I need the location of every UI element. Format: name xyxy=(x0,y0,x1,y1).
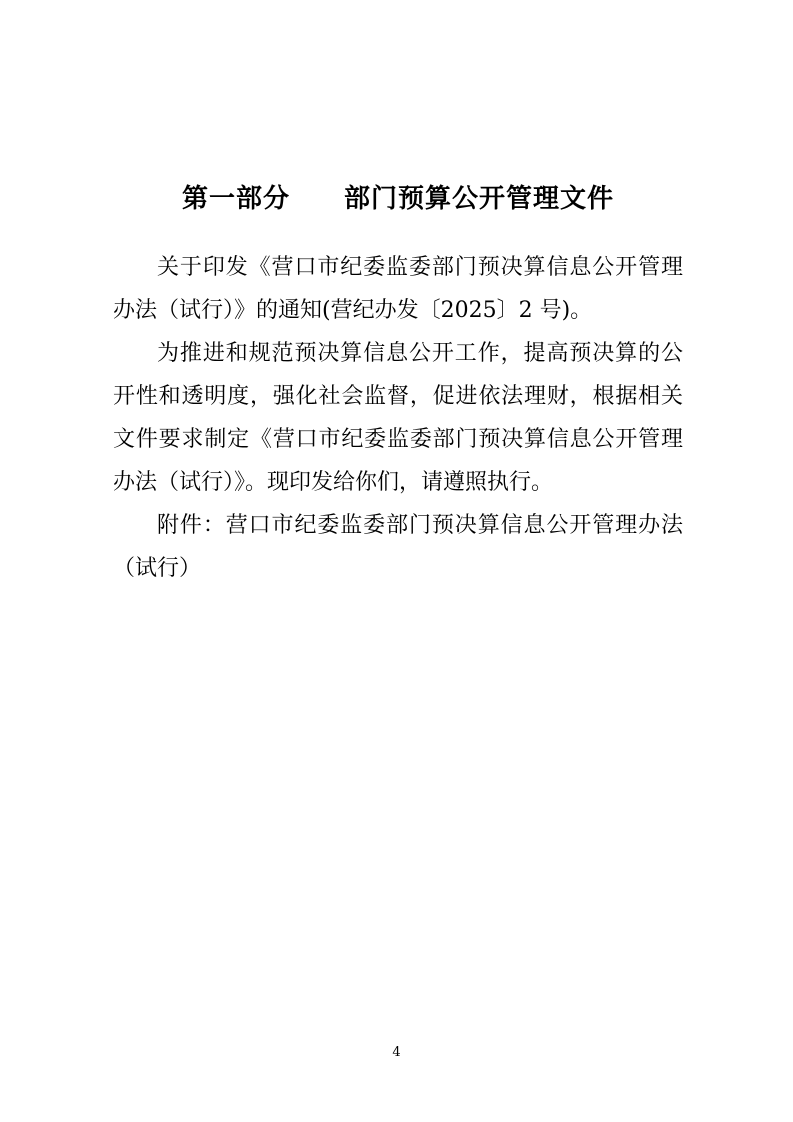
paragraph-attachment: 附件：营口市纪委监委部门预决算信息公开管理办法（试行） xyxy=(113,504,683,590)
section-title: 第一部分 部门预算公开管理文件 xyxy=(113,180,683,216)
document-page: 第一部分 部门预算公开管理文件 关于印发《营口市纪委监委部门预决算信息公开管理办… xyxy=(0,0,793,1122)
paragraph-notice: 关于印发《营口市纪委监委部门预决算信息公开管理办法（试行）》的通知(营纪办发〔2… xyxy=(113,246,683,332)
page-number: 4 xyxy=(0,1045,793,1060)
page-content: 第一部分 部门预算公开管理文件 关于印发《营口市纪委监委部门预决算信息公开管理办… xyxy=(113,180,683,590)
paragraph-purpose: 为推进和规范预决算信息公开工作，提高预决算的公开性和透明度，强化社会监督，促进依… xyxy=(113,332,683,504)
